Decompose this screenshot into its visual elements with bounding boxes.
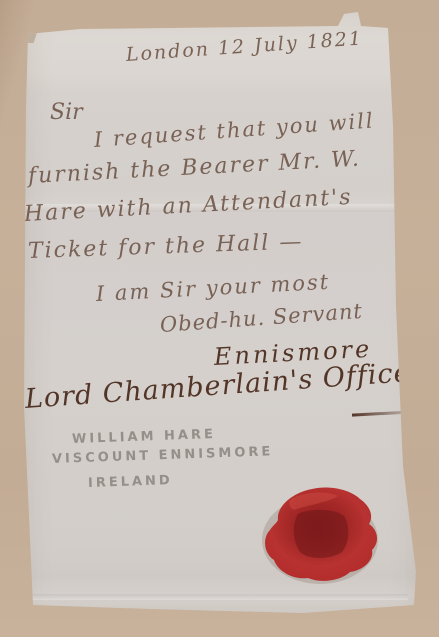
letter-body-line: Ticket for the Hall — bbox=[28, 229, 304, 264]
signature-flourish bbox=[352, 410, 414, 416]
letter-closing-line: I am Sir your most bbox=[95, 270, 330, 306]
letter-closing-line: Obed-hu. Servant bbox=[159, 299, 363, 337]
letter-body-line: furnish the Bearer Mr. W. bbox=[27, 147, 361, 189]
wax-seal-graphic bbox=[250, 476, 386, 590]
pencil-annotation-name: WILLIAM HARE bbox=[72, 427, 216, 447]
paper-corner-fold bbox=[24, 26, 40, 43]
paper-crease-line bbox=[26, 594, 408, 600]
wax-impression bbox=[294, 510, 349, 558]
letter-date-line: London 12 July 1821 bbox=[125, 27, 363, 66]
pencil-annotation-country: IRELAND bbox=[88, 473, 173, 491]
letter-sheet: London 12 July 1821 Sir I request that y… bbox=[22, 6, 420, 620]
letter-photograph: London 12 July 1821 Sir I request that y… bbox=[0, 0, 439, 637]
letter-body-line: Hare with an Attendant's bbox=[23, 185, 353, 227]
letter-body-line: I request that you will bbox=[93, 108, 375, 152]
pencil-annotation-title: VISCOUNT ENNISMORE bbox=[52, 444, 274, 467]
red-wax-seal bbox=[250, 476, 386, 590]
letter-salutation: Sir bbox=[50, 100, 83, 125]
